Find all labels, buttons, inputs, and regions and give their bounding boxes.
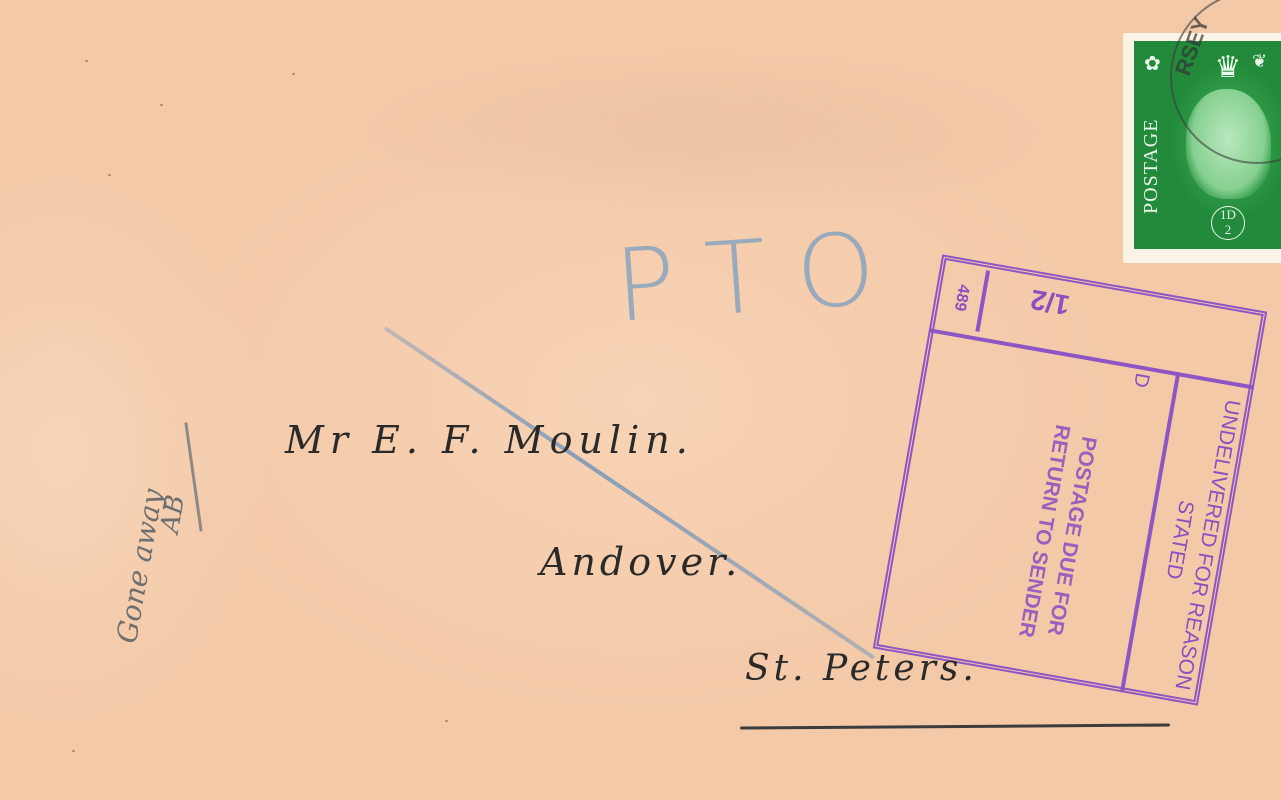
paper-speck <box>160 104 163 106</box>
cachet-code: 489 <box>936 263 990 332</box>
paper-speck <box>85 60 88 62</box>
address-street: St. Peters. <box>745 648 978 689</box>
paper-speck <box>292 73 295 75</box>
crayon-strikethrough <box>384 326 875 659</box>
paper-speck <box>108 174 111 176</box>
return-cachet: 489 1/2 D UNDELIVERED FOR REASON STATED … <box>873 254 1267 705</box>
pto-annotation: PTO <box>611 208 909 345</box>
stamp-value-bottom: 2 <box>1212 222 1244 237</box>
envelope: ✿ ♛ ❦ POSTAGE 1D 2 RSEY PTO 489 1/2 D UN… <box>0 0 1281 800</box>
stamp-value-top: 1D <box>1212 207 1244 222</box>
pencil-initials: AB <box>155 493 191 536</box>
address-town: Andover. <box>540 540 741 584</box>
cachet-fraction: 1/2 <box>1028 283 1072 321</box>
address-underline <box>740 723 1170 729</box>
address-name: Mr E. F. Moulin. <box>285 418 694 462</box>
paper-speck <box>72 750 75 752</box>
stamp-postage-label: POSTAGE <box>1140 91 1164 241</box>
paper-speck <box>445 720 448 722</box>
rose-icon: ✿ <box>1144 51 1161 75</box>
stamp-value: 1D 2 <box>1211 206 1245 240</box>
